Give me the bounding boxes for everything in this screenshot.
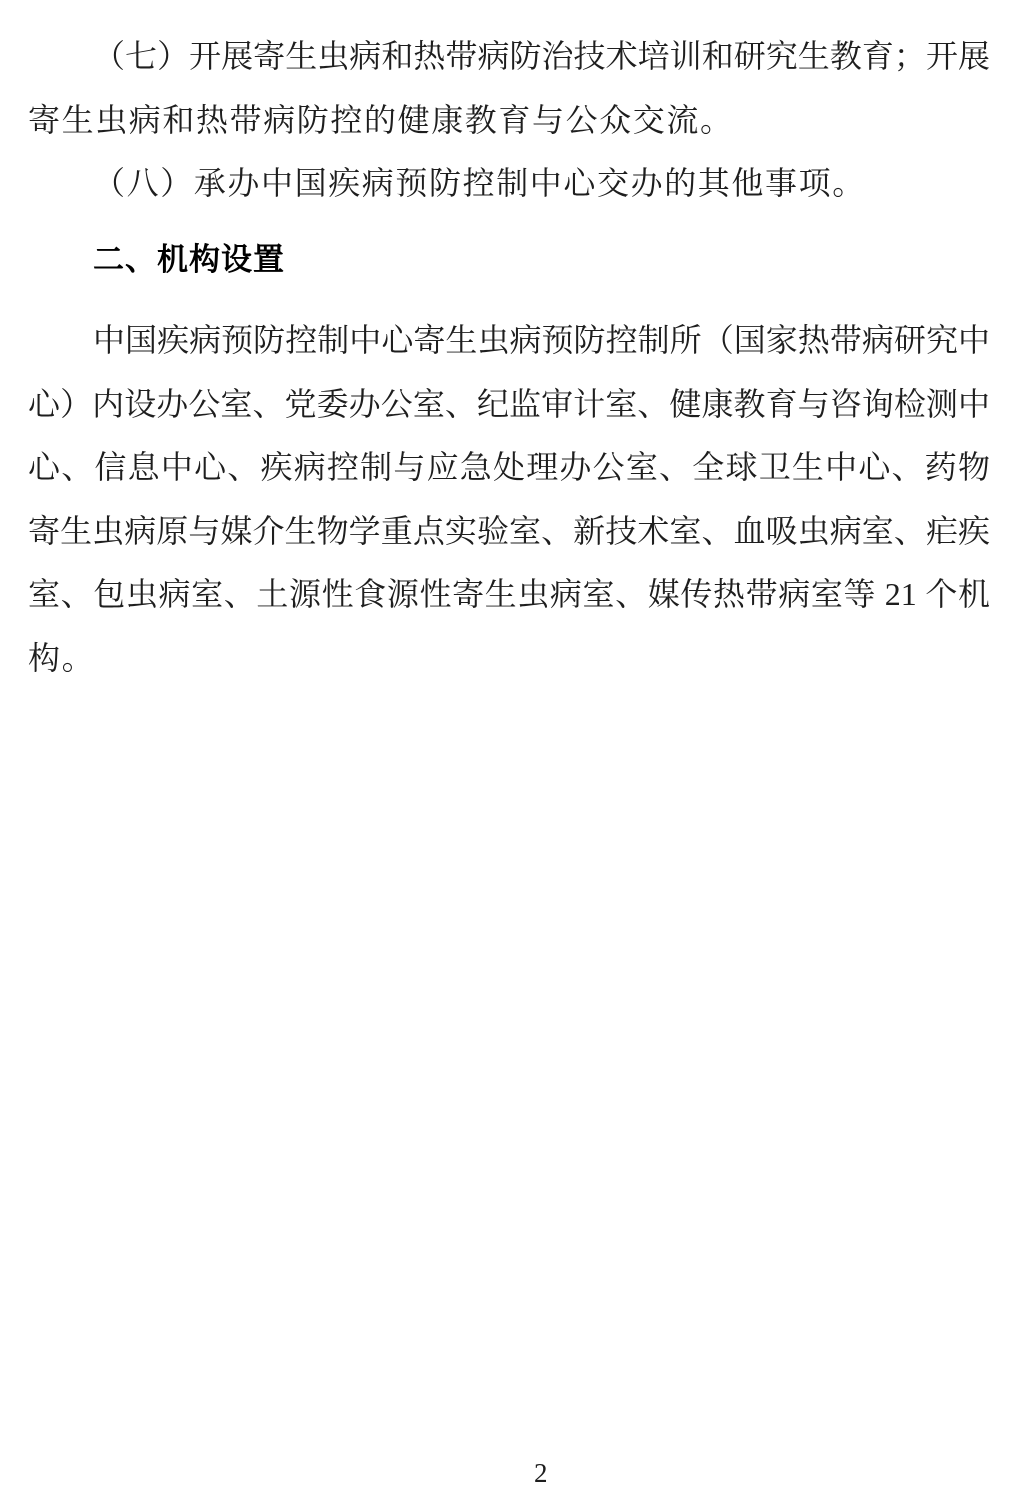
org-structure-paragraph: 中国疾病预防控制中心寄生虫病预防控制所（国家热带病研究中心）内设办公室、党委办公… [28,309,990,690]
text-line: （七）开展寄生虫病和热带病防治技术培训和研究生教育；开展 [28,25,990,89]
section-2-heading: 二、机构设置 [28,228,990,292]
text-line: 寄生虫病原与媒介生物学重点实验室、新技术室、血吸虫病室、疟疾 [28,500,990,564]
text-line: 心）内设办公室、党委办公室、纪监审计室、健康教育与咨询检测中 [28,373,990,437]
text-line: 二、机构设置 [28,228,990,292]
page-number: 2 [534,1458,548,1489]
text-line: 中国疾病预防控制中心寄生虫病预防控制所（国家热带病研究中 [28,309,990,373]
text-line: 心、信息中心、疾病控制与应急处理办公室、全球卫生中心、药物室、 [28,436,990,500]
item-8-paragraph: （八）承办中国疾病预防控制中心交办的其他事项。 [28,152,990,216]
text-line: 构。 [28,627,990,691]
text-line: （八）承办中国疾病预防控制中心交办的其他事项。 [28,152,990,216]
text-line: 寄生虫病和热带病防控的健康教育与公众交流。 [28,89,990,153]
document-body: （七）开展寄生虫病和热带病防治技术培训和研究生教育；开展寄生虫病和热带病防控的健… [28,25,990,690]
item-7-paragraph: （七）开展寄生虫病和热带病防治技术培训和研究生教育；开展寄生虫病和热带病防控的健… [28,25,990,152]
text-line: 室、包虫病室、土源性食源性寄生虫病室、媒传热带病室等 21 个机 [28,563,990,627]
